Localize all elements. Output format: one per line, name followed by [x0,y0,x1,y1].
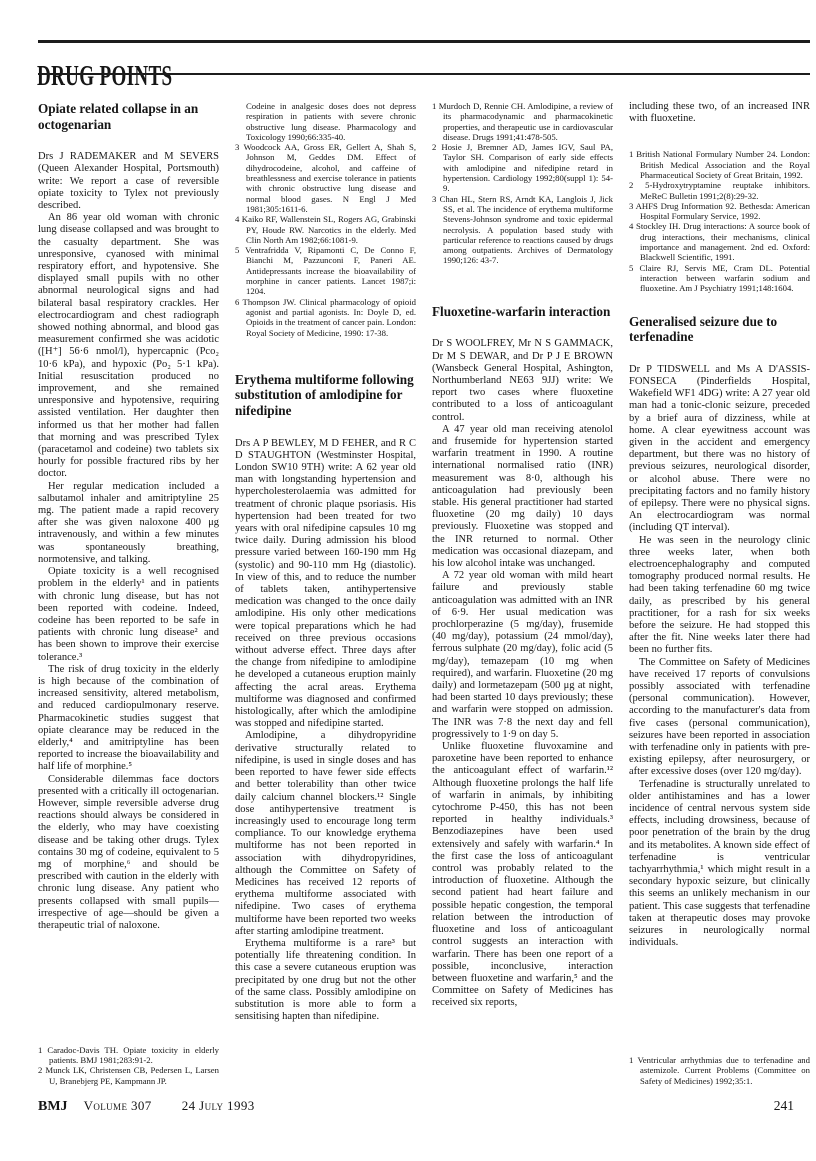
body-paragraph: Her regular medication included a salbut… [38,481,219,566]
article-byline-paragraph: Dr S WOOLFREY, Mr N S GAMMACK, Dr M S DE… [432,338,613,423]
reference-item: 6 Thompson JW. Clinical pharmacology of … [235,297,416,338]
reference-item: 5 Ventrafridda V, Ripamonti C, De Conno … [235,245,416,296]
page-footer: BMJ Volume 307 24 July 1993 241 [38,1098,810,1115]
body-paragraph: Considerable dilemmas face doctors prese… [38,774,219,933]
reference-item: 4 Kaiko RF, Wallenstein SL, Rogers AG, G… [235,214,416,245]
reference-item: 1 British National Formulary Number 24. … [629,149,810,180]
article-heading: Generalised seizure due to terfenadine [629,314,810,345]
reference-item: 4 Stockley IH. Drug interactions: A sour… [629,221,810,262]
section-title: DRUG POINTS [37,63,172,91]
body-paragraph: Terfenadine is structurally unrelated to… [629,779,810,950]
reference-item: 5 Claire RJ, Servis ME, Cram DL. Potenti… [629,263,810,294]
body-paragraph-continuation: including these two, of an increased INR… [629,101,810,125]
article-heading: Opiate related collapse in an octogenari… [38,101,219,132]
reference-item: 2 5-Hydroxytryptamine reuptake inhibitor… [629,180,810,201]
masthead-rule-top [38,40,810,43]
body-paragraph: Erythema multiforme is a rare³ but poten… [235,938,416,1023]
volume-label: Volume 307 [84,1098,152,1114]
column-1: Opiate related collapse in an octogenari… [38,101,219,1086]
masthead-rule-bottom [38,73,810,75]
article-columns: Opiate related collapse in an octogenari… [38,101,810,1086]
issue-date: 24 July 1993 [182,1098,255,1114]
reference-item: 1 Ventricular arrhythmias due to terfena… [629,1055,810,1086]
body-paragraph: He was seen in the neurology clinic thre… [629,535,810,657]
body-paragraph: An 86 year old woman with chronic lung d… [38,212,219,480]
reference-item: 1 Caradoc-Davis TH. Opiate toxicity in e… [38,1045,219,1066]
body-paragraph: Amlodipine, a dihydropyridine derivative… [235,730,416,937]
body-paragraph: Opiate toxicity is a well recognised pro… [38,566,219,664]
reference-continuation: Codeine in analgesic doses does not depr… [235,101,416,142]
article-byline-paragraph: Drs J RADEMAKER and M SEVERS (Queen Alex… [38,151,219,212]
reference-item: 2 Hosie J, Bremner AD, James IGV, Saul P… [432,142,613,193]
page-number: 241 [774,1098,794,1114]
body-paragraph: A 47 year old man receiving atenolol and… [432,424,613,570]
body-paragraph: Unlike fluoxetine fluvoxamine and paroxe… [432,741,613,1009]
body-paragraph: The Committee on Safety of Medicines hav… [629,657,810,779]
reference-item: 2 Munck LK, Christensen CB, Pedersen L, … [38,1065,219,1086]
column-4: including these two, of an increased INR… [629,101,810,1086]
journal-name: BMJ [38,1099,68,1115]
reference-item: 3 Chan HL, Stern RS, Arndt KA, Langlois … [432,194,613,266]
body-paragraph: The risk of drug toxicity in the elderly… [38,664,219,774]
body-paragraph: A 72 year old woman with mild heart fail… [432,570,613,741]
article-heading: Fluoxetine-warfarin interaction [432,304,613,320]
column-3: 1 Murdoch D, Rennie CH. Amlodipine, a re… [432,101,613,1086]
reference-item: 3 Woodcock AA, Gross ER, Gellert A, Shah… [235,142,416,214]
article-byline-paragraph: Drs A P BEWLEY, M D FEHER, and R C D STA… [235,438,416,731]
reference-item: 1 Murdoch D, Rennie CH. Amlodipine, a re… [432,101,613,142]
column-2: Codeine in analgesic doses does not depr… [235,101,416,1086]
article-heading: Erythema multiforme following substituti… [235,372,416,419]
article-byline-paragraph: Dr P TIDSWELL and Ms A D'ASSIS-FONSECA (… [629,364,810,535]
reference-item: 3 AHFS Drug Information 92. Bethesda: Am… [629,201,810,222]
